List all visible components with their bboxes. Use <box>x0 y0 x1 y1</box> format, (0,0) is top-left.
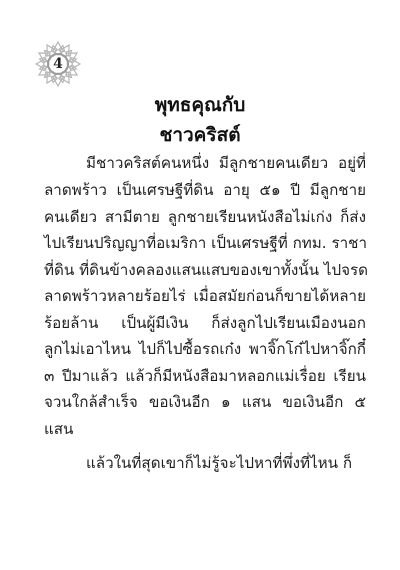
body-line: ลูกไม่เอาไหน ไปก็ไปซื้อรถเก๋ง พาจิ๊กโก๋ไ… <box>44 337 366 361</box>
body-line: ลาดพร้าวหลายร้อยไร่ เมื่อสมัยก่อนก็ขายได… <box>44 284 366 308</box>
body-line: ร้อยล้าน เป็นผู้มีเงิน ก็ส่งลูกไปเรียนเม… <box>44 311 366 335</box>
chapter-title-line-2: ชาวคริสต์ <box>0 120 400 150</box>
chapter-title-line-1: พุทธคุณกับ <box>0 90 400 120</box>
body-line: จวนใกล้สำเร็จ ขอเงินอีก ๑ แสน ขอเงินอีก … <box>44 390 366 414</box>
body-line: แล้วในที่สุดเขาก็ไม่รู้จะไปหาที่พึ่งที่ไ… <box>86 451 366 475</box>
body-line: ที่ดิน ที่ดินข้างคลองแสนแสบของเขาทั้งนั้… <box>44 258 366 282</box>
chapter-badge: 4 <box>34 40 82 88</box>
body-line: มีชาวคริสต์คนหนึ่ง มีลูกชายคนเดียว อยู่ท… <box>86 151 366 175</box>
body-line: ๓ ปีมาแล้ว แล้วก็มีหนังสือมาหลอกแม่เรื่อ… <box>44 364 366 388</box>
chapter-number: 4 <box>34 40 82 88</box>
body-line: ลาดพร้าว เป็นเศรษฐีที่ดิน อายุ ๕๑ ปี มีล… <box>44 178 366 202</box>
body-line: ไปเรียนปริญญาที่อเมริกา เป็นเศรษฐีที่ กท… <box>44 231 366 255</box>
body-line: คนเดียว สามีตาย ลูกชายเรียนหนังสือไม่เก่… <box>44 205 366 229</box>
body-line: แสน <box>44 417 366 441</box>
